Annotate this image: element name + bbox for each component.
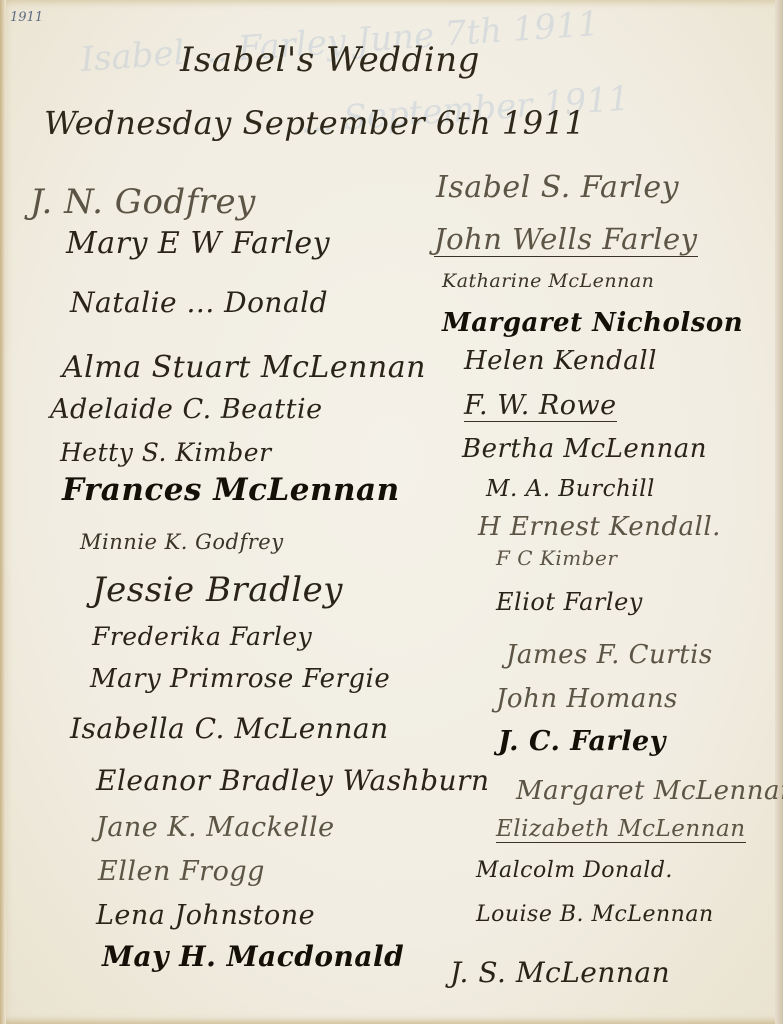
signature: Eliot Farley [496,588,643,616]
corner-year-note: 1911 [10,10,43,25]
signature: Lena Johnstone [96,900,315,931]
signature: Jessie Bradley [92,570,343,610]
signature: Mary E W Farley [66,226,330,261]
signature: Alma Stuart McLennan [62,350,426,385]
signature: F. W. Rowe [464,390,617,422]
signature: Adelaide C. Beattie [50,394,323,425]
signature: Ellen Frogg [98,856,265,887]
signature: Jane K. Mackelle [96,812,335,843]
signature: Natalie ... Donald [70,286,328,319]
signature: J. C. Farley [498,726,666,757]
signature: Hetty S. Kimber [60,438,272,467]
signature: Helen Kendall [464,346,657,376]
page-binding-edge [0,0,6,1024]
signature: Elizabeth McLennan [496,816,746,843]
guestbook-page: Isabel ... Farley June 7th 1911 ... Sept… [0,0,783,1024]
signature: James F. Curtis [506,640,713,670]
signature: M. A. Burchill [486,476,655,502]
signature: Katharine McLennan [442,270,654,292]
signature: Frances McLennan [62,472,400,508]
page-title: Isabel's Wedding [180,40,480,80]
signature: Margaret Nicholson [442,308,743,338]
signature: Eleanor Bradley Washburn [96,764,489,797]
signature: Margaret McLennan [516,776,783,806]
signature: F C Kimber [496,546,617,570]
signature: H Ernest Kendall. [478,512,721,542]
event-date: Wednesday September 6th 1911 [44,104,585,142]
signature: J. N. Godfrey [30,182,256,222]
page-right-edge [775,0,783,1024]
signature: May H. Macdonald [102,940,404,973]
signature: Bertha McLennan [462,434,707,464]
signature: J. S. McLennan [450,956,670,989]
signature: Minnie K. Godfrey [80,530,284,554]
signature: Frederika Farley [92,622,312,651]
signature: John Homans [496,684,678,714]
signature: Isabel S. Farley [436,170,679,205]
signature: Mary Primrose Fergie [90,664,390,694]
signature: Isabella C. McLennan [70,712,389,745]
signature: John Wells Farley [434,222,698,257]
signature: Malcolm Donald. [476,858,673,883]
signature: Louise B. McLennan [476,902,714,927]
